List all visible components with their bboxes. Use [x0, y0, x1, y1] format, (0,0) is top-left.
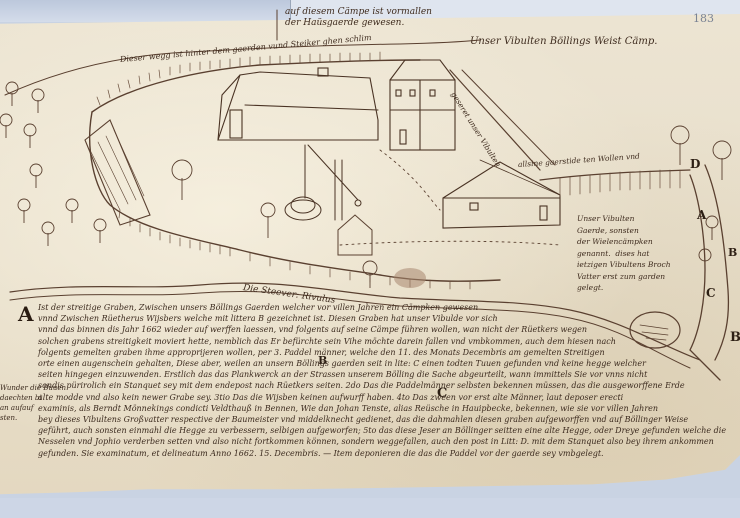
header-inscription-line-2: der Haüsgaerde gewesen.: [285, 18, 432, 29]
marker-b-upper: B: [728, 246, 737, 259]
text-line: seiten hingegen einzuwenden. Erstlich da…: [14, 369, 736, 380]
garden-side-note: Unser Vibulten Gaerde, sonsten der Wiele…: [577, 213, 671, 294]
text-line: vnnd das binnen dis Jahr 1662 wieder auf…: [14, 324, 736, 335]
left-field: [85, 120, 150, 225]
text-line: sondis pürirolich ein Stanquet sey mit d…: [14, 380, 736, 391]
marker-d: D: [690, 157, 700, 171]
small-shed: [338, 215, 372, 255]
fence-top: [92, 60, 420, 112]
farm-house: [443, 160, 560, 228]
text-line: orte einen augenschein gehalten, Diese a…: [14, 358, 736, 369]
header-inscription: auf diesem Cämpe ist vormallen der Haüsg…: [285, 7, 432, 29]
text-line: bey dieses Vibultens Großvatter respecti…: [14, 414, 736, 425]
text-line: geführt, auch sonsten einmahl die Hegge …: [14, 425, 736, 436]
marker-c: C: [706, 286, 716, 300]
text-line: Ist der streitige Graben, Zwischen unser…: [14, 302, 736, 313]
barn: [218, 68, 378, 140]
text-line: gefunden. Sie examinatum, et delineatum …: [14, 448, 736, 459]
text-line: solchen grabens streitigkeit moviert het…: [14, 336, 736, 347]
text-line: folgents gemelten graben ihme approprije…: [14, 347, 736, 358]
marker-a: A: [697, 208, 706, 222]
text-line: vnnd Zwischen Rüetherus Wijsbers welche …: [14, 313, 736, 324]
margin-note: Wunder die Buuen daechten bi an aufauf s…: [0, 383, 66, 423]
fence-curve: [90, 112, 500, 281]
mound: [394, 268, 426, 288]
text-line: Nesselen vnd Jophio verderben setten vnd…: [14, 436, 736, 447]
header-inscription-line-1: auf diesem Cämpe ist vormallen: [285, 7, 432, 18]
text-line: alte modde vnd also kein newer Grabe sey…: [14, 392, 736, 403]
fence-right: [540, 170, 690, 180]
folio-number: 183: [693, 12, 714, 25]
map-title: Unser Vibulten Böllings Weist Cämp.: [470, 36, 657, 47]
well: [285, 145, 361, 220]
description-text: Ist der streitige Graben, Zwischen unser…: [14, 302, 736, 459]
text-line: examinis, als Berndt Mönnekings condicti…: [14, 403, 736, 414]
tower-house: [390, 60, 455, 150]
